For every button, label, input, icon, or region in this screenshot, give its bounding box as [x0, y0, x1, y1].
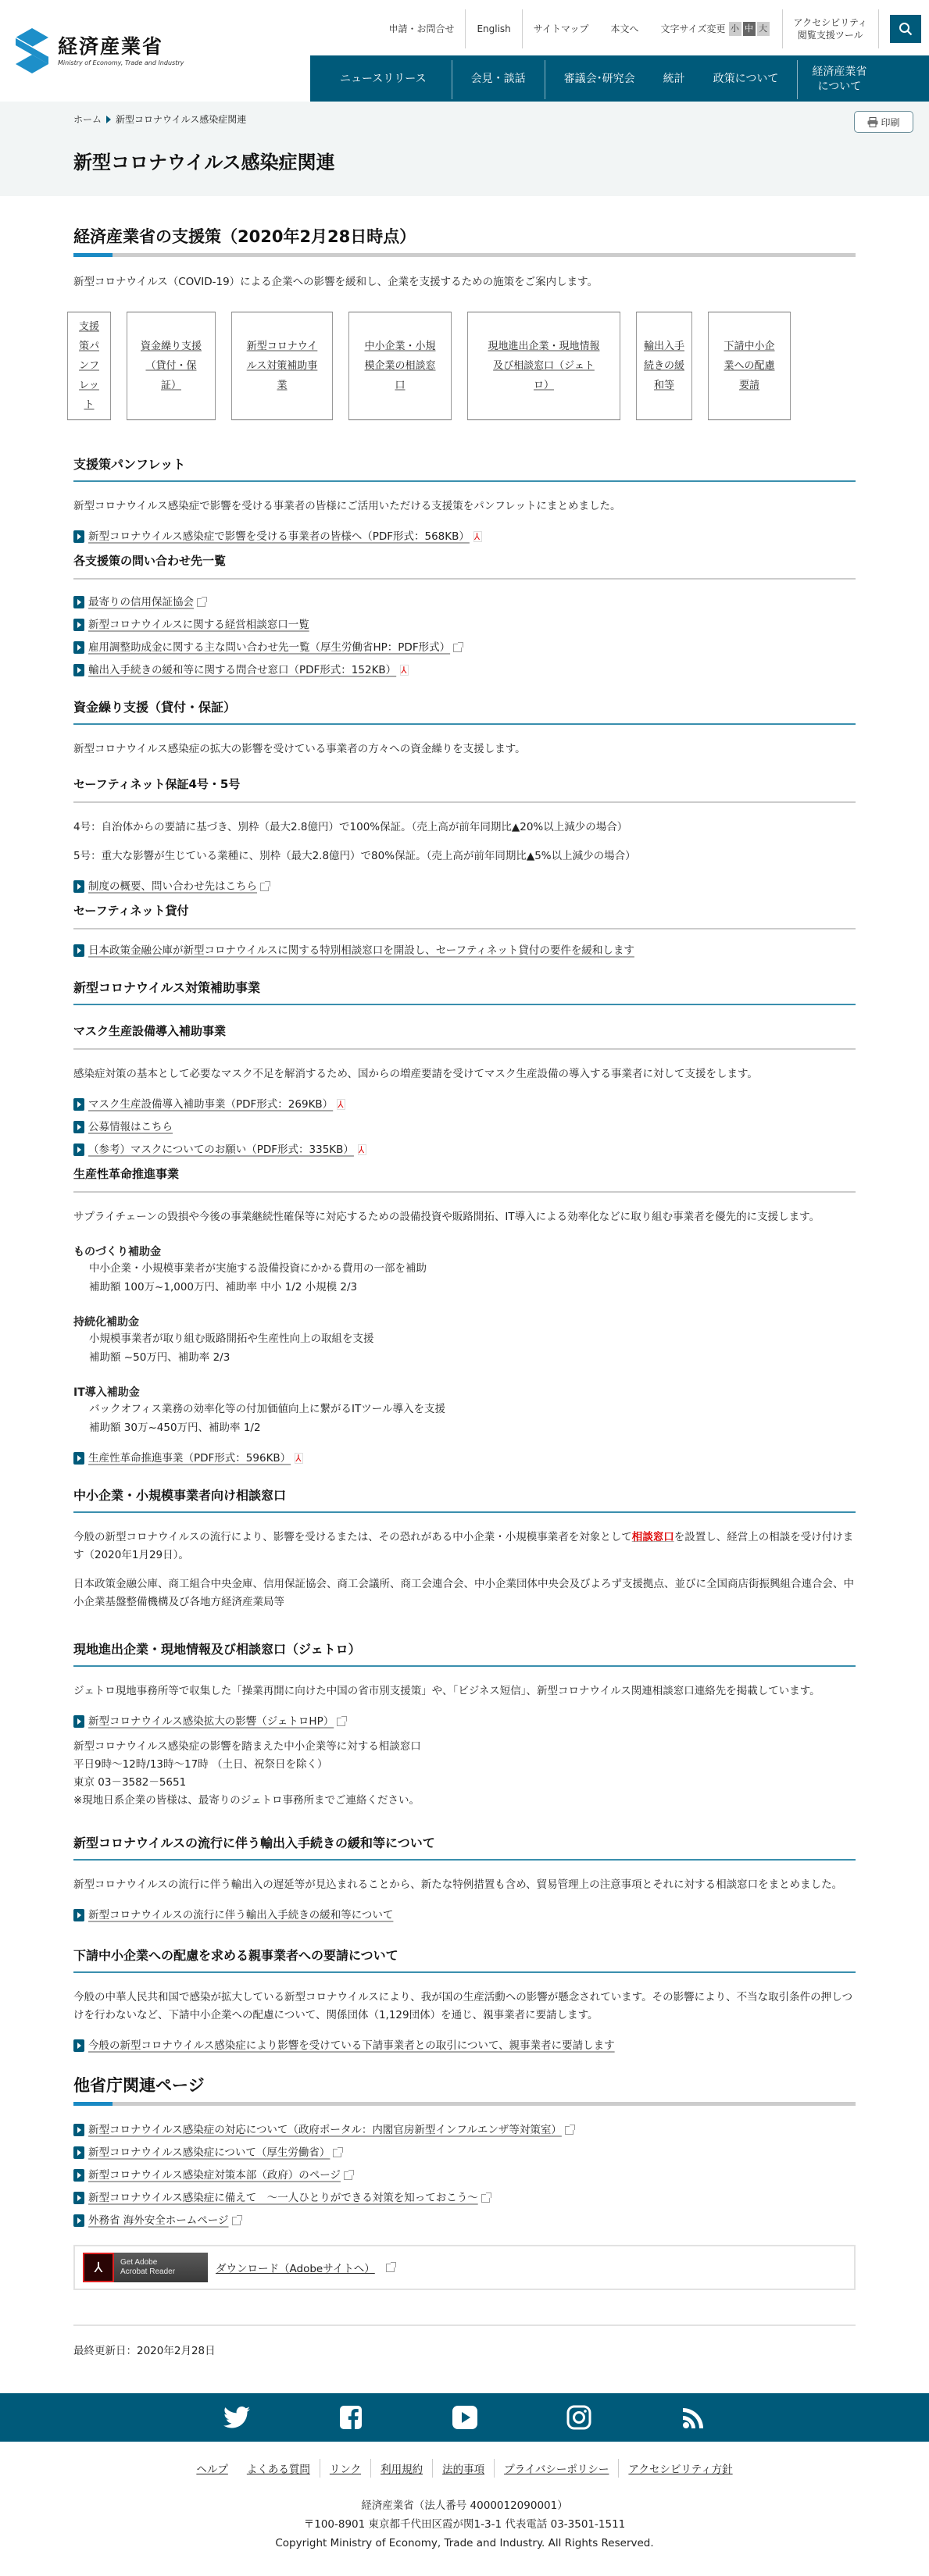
link-arrow-icon — [73, 641, 84, 654]
facebook-icon[interactable] — [337, 2403, 365, 2432]
acrobat-icon: ⅄ — [83, 2253, 114, 2282]
site-header: 経済産業省 Ministry of Economy, Trade and Ind… — [0, 0, 929, 102]
anchor-pamphlet[interactable]: 支援策パンフレット — [67, 312, 111, 420]
printer-icon — [867, 117, 878, 127]
program-desc: 中小企業・小規模事業者が実施する設備投資にかかる費用の一部を補助 — [73, 1259, 856, 1278]
jetro-heading: 現地進出企業・現地情報及び相談窓口（ジェトロ） — [73, 1639, 856, 1667]
subcontract-link[interactable]: 今般の新型コロナウイルス感染症により影響を受けている下請事業者との取引について、… — [88, 2039, 615, 2053]
accessibility-tool-link[interactable]: アクセシビリティ 閲覧支援ツール — [783, 9, 878, 48]
footer-link-accessibility[interactable]: アクセシビリティ方針 — [619, 2460, 741, 2476]
nav-about-line2: について — [817, 80, 861, 95]
contact-link-trade-window[interactable]: 輸出入手続きの緩和等に関する問合せ窓口（PDF形式：152KB） — [88, 663, 396, 677]
external-link-icon — [481, 2194, 490, 2203]
breadcrumb-current: 新型コロナウイルス感染症関連 — [116, 112, 246, 126]
font-size-medium-button[interactable]: 中 — [743, 22, 756, 36]
footer-address: 〒100-8901 東京都千代田区霞が関1-3-1 代表電話 03-3501-1… — [0, 2515, 929, 2534]
nav-policy[interactable]: 政策について — [695, 55, 798, 103]
link-arrow-icon — [73, 1098, 84, 1111]
link-arrow-icon — [73, 944, 84, 957]
nav-statistics[interactable]: 統計 — [654, 55, 695, 103]
util-skip-to-content-link[interactable]: 本文へ — [599, 9, 649, 48]
ministry-link-mofa[interactable]: 外務省 海外安全ホームページ — [88, 2214, 229, 2228]
breadcrumb: ホーム 新型コロナウイルス感染症関連 — [73, 112, 246, 126]
list-item: 雇用調整助成金に関する主な問い合わせ先一覧（厚生労働省HP：PDF形式） — [73, 640, 856, 655]
guarantee-overview-link[interactable]: 制度の概要、問い合わせ先はこちら — [88, 879, 257, 894]
contact-link-employment-subsidy[interactable]: 雇用調整助成金に関する主な問い合わせ先一覧（厚生労働省HP：PDF形式） — [88, 640, 450, 655]
subcontract-heading: 下請中小企業への配慮を求める親事業者への要請について — [73, 1946, 856, 1973]
guarantee-no5-text: 5号：重大な影響が生じている業種に、別枠（最大2.8億円）で80%保証。（売上高… — [73, 847, 856, 865]
nav-about-line1: 経済産業省 — [812, 65, 866, 80]
pamphlet-pdf-link[interactable]: 新型コロナウイルス感染症で影響を受ける事業者の皆様へ（PDF形式：568KB） — [88, 530, 470, 544]
search-button[interactable] — [890, 15, 921, 43]
list-item: 外務省 海外安全ホームページ — [73, 2214, 856, 2228]
list-item: マスク生産設備導入補助事業（PDF形式：269KB） — [73, 1097, 856, 1111]
list-item: 新型コロナウイルス感染症の対応について（政府ポータル：内閣官房新型インフルエンザ… — [73, 2123, 856, 2137]
anchor-trade[interactable]: 輸出入手続きの緩和等 — [636, 312, 692, 420]
footer-org: 経済産業省（法人番号 4000012090001） — [0, 2496, 929, 2515]
contact-link-credit-guarantee[interactable]: 最寄りの信用保証協会 — [88, 595, 194, 609]
list-item: 制度の概要、問い合わせ先はこちら — [73, 879, 856, 894]
consult-window-link[interactable]: 相談窓口 — [632, 1531, 674, 1543]
pamphlet-text: 新型コロナウイルス感染症で影響を受ける事業者の皆様にご活用いただける支援策をパン… — [73, 498, 856, 516]
breadcrumb-home-link[interactable]: ホーム — [73, 112, 102, 126]
jetro-text: ジェトロ現地事務所等で収集した「操業再開に向けた中国の省市別支援策」や、「ビジネ… — [73, 1682, 856, 1700]
acrobat-download-link[interactable]: ダウンロード（Adobeサイトへ） — [216, 2260, 375, 2275]
jetro-hours-text: 平日9時～12時/13時～17時 （土日、祝祭日を除く） — [73, 1756, 856, 1774]
global-nav: ニュースリリース 会見・談話 審議会･研究会 統計 政策について 経済産業省 に… — [310, 55, 929, 103]
program-name: ものづくり補助金 — [73, 1243, 856, 1259]
external-link-icon — [260, 883, 269, 891]
link-arrow-icon — [73, 2124, 84, 2136]
page-title: 新型コロナウイルス感染症関連 — [73, 147, 335, 174]
last-updated: 最終更新日：2020年2月28日 — [73, 2324, 856, 2357]
consult-text: 今般の新型コロナウイルスの流行により、影響を受けるまたは、その恐れがある中小企業… — [73, 1529, 856, 1565]
program-desc: 小規模事業者が取り組む販路開拓や生産性向上の取組を支援 — [73, 1329, 856, 1348]
util-contact-link[interactable]: 申請・お問合せ — [377, 9, 465, 48]
list-item: 今般の新型コロナウイルス感染症により影響を受けている下請事業者との取引について、… — [73, 2039, 856, 2053]
footer-link-links[interactable]: リンク — [320, 2460, 370, 2476]
font-size-large-button[interactable]: 大 — [757, 22, 770, 36]
footer-nav: ヘルプ よくある質問 リンク 利用規約 法的事項 プライバシーポリシー アクセシ… — [0, 2459, 929, 2478]
page-title-band: ホーム 新型コロナウイルス感染症関連 印刷 新型コロナウイルス感染症関連 — [0, 102, 929, 196]
meti-logo-icon — [14, 27, 50, 75]
font-size-switcher: 文字サイズ変更 小 中 大 — [650, 9, 782, 48]
trade-text: 新型コロナウイルスの流行に伴う輸出入の遅延等が見込まれることから、新たな特例措置… — [73, 1876, 856, 1894]
safety-loan-heading: セーフティネット貸付 — [73, 902, 856, 929]
breadcrumb-arrow-icon — [106, 116, 111, 123]
pamphlet-heading: 支援策パンフレット — [73, 455, 856, 482]
anchor-sme-consult[interactable]: 中小企業・小規模企業の相談窓口 — [348, 312, 452, 420]
pdf-icon — [337, 1099, 345, 1110]
nav-councils[interactable]: 審議会･研究会 — [545, 55, 654, 103]
twitter-icon[interactable] — [223, 2403, 251, 2432]
external-link-icon — [337, 1718, 345, 1726]
external-link-icon — [565, 2126, 573, 2135]
ministry-link-hq[interactable]: 新型コロナウイルス感染症対策本部（政府）のページ — [88, 2168, 341, 2182]
trade-link[interactable]: 新型コロナウイルスの流行に伴う輸出入手続きの緩和等について — [88, 1908, 393, 1922]
link-arrow-icon — [73, 2192, 84, 2204]
footer-link-terms[interactable]: 利用規約 — [371, 2460, 432, 2476]
footer-link-help[interactable]: ヘルプ — [187, 2460, 238, 2476]
get-acrobat-badge[interactable]: ⅄ Get Adobe Acrobat Reader — [83, 2253, 208, 2282]
support-measures-heading: 経済産業省の支援策（2020年2月28日時点） — [73, 224, 856, 257]
program-desc: バックオフィス業務の効率化等の付加価値向上に繋がるITツール導入を支援 — [73, 1400, 856, 1418]
contact-link-consult-list[interactable]: 新型コロナウイルスに関する経営相談窓口一覧 — [88, 618, 309, 632]
mask-text: 感染症対策の基本として必要なマスク不足を解消するため、国からの増産要請を受けてマ… — [73, 1065, 856, 1083]
anchor-funding[interactable]: 資金繰り支援（貸付・保証） — [127, 312, 216, 420]
link-arrow-icon — [73, 2169, 84, 2182]
ministry-link-mhlw[interactable]: 新型コロナウイルス感染症について（厚生労働省） — [88, 2146, 330, 2160]
pdf-icon — [473, 531, 482, 542]
mask-heading: マスク生産設備導入補助事業 — [73, 1022, 856, 1050]
external-link-icon — [344, 2171, 352, 2180]
list-item: 新型コロナウイルス感染症で影響を受ける事業者の皆様へ（PDF形式：568KB） — [73, 530, 856, 544]
sns-bar — [0, 2393, 929, 2442]
footer-info: 経済産業省（法人番号 4000012090001） 〒100-8901 東京都千… — [0, 2496, 929, 2576]
site-footer: ヘルプ よくある質問 リンク 利用規約 法的事項 プライバシーポリシー アクセシ… — [0, 2393, 929, 2576]
external-link-icon — [197, 598, 205, 607]
ministry-link-cabinet[interactable]: 新型コロナウイルス感染症の対応について（政府ポータル：内閣官房新型インフルエンザ… — [88, 2123, 562, 2137]
contacts-heading: 各支援策の問い合わせ先一覧 — [73, 552, 856, 580]
jetro-desk-text: 新型コロナウイルス感染症の影響を踏まえた中小企業等に対する相談窓口 — [73, 1738, 856, 1756]
list-item: 新型コロナウイルス感染拡大の影響（ジェトロHP） — [73, 1714, 856, 1729]
pdf-icon — [358, 1144, 366, 1155]
mask-subsidy-pdf-link[interactable]: マスク生産設備導入補助事業（PDF形式：269KB） — [88, 1097, 333, 1111]
list-item: 新型コロナウイルス感染症に備えて ～一人ひとりができる対策を知っておこう～ — [73, 2191, 856, 2205]
link-arrow-icon — [73, 664, 84, 676]
divider — [878, 9, 879, 48]
sme-consult-heading: 中小企業・小規模事業者向け相談窓口 — [73, 1486, 856, 1513]
list-item: 新型コロナウイルスに関する経営相談窓口一覧 — [73, 618, 856, 632]
consult-orgs-text: 日本政策金融公庫、商工組合中央金庫、信用保証協会、商工会議所、商工会連合会、中小… — [73, 1575, 856, 1611]
productivity-heading: 生産性革命推進事業 — [73, 1165, 856, 1193]
trade-heading: 新型コロナウイルスの流行に伴う輸出入手続きの緩和等について — [73, 1833, 856, 1861]
funding-text: 新型コロナウイルス感染症の拡大の影響を受けている事業者の方々への資金繰りを支援し… — [73, 740, 856, 758]
nav-news-release[interactable]: ニュースリリース — [310, 55, 452, 103]
pdf-icon — [295, 1453, 303, 1464]
jetro-phone-text: 東京 03－3582－5651 — [73, 1774, 856, 1792]
program-amount: 補助額 30万~450万円、補助率 1/2 — [73, 1418, 856, 1437]
footer-link-privacy[interactable]: プライバシーポリシー — [495, 2460, 618, 2476]
util-sitemap-link[interactable]: サイトマップ — [523, 9, 600, 48]
link-arrow-icon — [73, 2146, 84, 2159]
subsidy-heading: 新型コロナウイルス対策補助事業 — [73, 978, 856, 1005]
main-content: 経済産業省の支援策（2020年2月28日時点） 新型コロナウイルス（COVID-… — [0, 224, 929, 2357]
program-name: 持続化補助金 — [73, 1314, 856, 1329]
program-name: IT導入補助金 — [73, 1384, 856, 1400]
utility-bar: 申請・お問合せ English サイトマップ 本文へ 文字サイズ変更 小 中 大… — [377, 8, 929, 50]
anchor-jetro[interactable]: 現地進出企業・現地情報及び相談窓口（ジェトロ） — [467, 312, 620, 420]
pdf-icon — [400, 665, 409, 676]
instagram-icon[interactable] — [565, 2403, 593, 2432]
link-arrow-icon — [73, 1121, 84, 1133]
link-arrow-icon — [73, 1452, 84, 1465]
program-amount: 補助額 ~50万円、補助率 2/3 — [73, 1348, 856, 1367]
font-size-small-button[interactable]: 小 — [729, 22, 741, 36]
productivity-pdf-link[interactable]: 生産性革命推進事業（PDF形式：596KB） — [88, 1451, 291, 1465]
logo-japanese: 経済産業省 — [58, 36, 184, 58]
list-item: 輸出入手続きの緩和等に関する問合せ窓口（PDF形式：152KB） — [73, 663, 856, 677]
accessibility-label-line1: アクセシビリティ — [794, 16, 867, 29]
acrobat-reader-box: ⅄ Get Adobe Acrobat Reader ダウンロード（Adobeサ… — [73, 2245, 856, 2290]
list-item: 生産性革命推進事業（PDF形式：596KB） — [73, 1451, 856, 1465]
site-logo[interactable]: 経済産業省 Ministry of Economy, Trade and Ind… — [14, 27, 184, 75]
link-arrow-icon — [73, 530, 84, 543]
other-ministries-heading: 他省庁関連ページ — [73, 2073, 856, 2106]
anchor-subsidy[interactable]: 新型コロナウイルス対策補助事業 — [231, 312, 333, 420]
nav-press-conference[interactable]: 会見・談話 — [452, 55, 545, 103]
jetro-note-text: ※現地日系企業の皆様は、最寄りのジェトロ事務所までご連絡ください。 — [73, 1792, 856, 1810]
link-arrow-icon — [73, 619, 84, 631]
safety-guarantee-heading: セーフティネット保証4号・5号 — [73, 776, 856, 803]
logo-english: Ministry of Economy, Trade and Industry — [58, 59, 184, 66]
badge-line2: Acrobat Reader — [120, 2267, 175, 2277]
rss-icon[interactable] — [679, 2403, 707, 2432]
external-link-icon — [232, 2217, 241, 2225]
link-arrow-icon — [73, 1715, 84, 1728]
safety-loan-link[interactable]: 日本政策金融公庫が新型コロナウイルスに関する特別相談窓口を開設し、セーフティネッ… — [88, 944, 634, 958]
funding-heading: 資金繰り支援（貸付・保証） — [73, 698, 856, 725]
link-arrow-icon — [73, 880, 84, 893]
list-item: （参考）マスクについてのお願い（PDF形式：335KB） — [73, 1143, 856, 1157]
guarantee-no4-text: 4号：自治体からの要請に基づき、別枠（最大2.8億円）で100%保証。（売上高が… — [73, 819, 856, 837]
anchor-subcontract[interactable]: 下請中小企業への配慮要請 — [708, 312, 791, 420]
productivity-text: サプライチェーンの毀損や今後の事業継続性確保等に対応するための設備投資や販路開拓… — [73, 1208, 856, 1226]
external-link-icon — [333, 2149, 341, 2157]
link-arrow-icon — [73, 1909, 84, 1921]
program-amount: 補助額 100万~1,000万円、補助率 中小 1/2 小規模 2/3 — [73, 1278, 856, 1297]
list-item: 新型コロナウイルス感染症について（厚生労働省） — [73, 2146, 856, 2160]
font-size-label: 文字サイズ変更 — [661, 23, 726, 35]
accessibility-label-line2: 閲覧支援ツール — [798, 29, 863, 41]
footer-link-legal[interactable]: 法的事項 — [433, 2460, 494, 2476]
mask-recruitment-link[interactable]: 公募情報はこちら — [88, 1120, 173, 1134]
subcontract-text: 今般の中華人民共和国で感染が拡大している新型コロナウイルスにより、我が国の生産活… — [73, 1989, 856, 2025]
intro-text: 新型コロナウイルス（COVID-19）による企業への影響を緩和し、企業を支援する… — [73, 273, 856, 288]
list-item: 新型コロナウイルスの流行に伴う輸出入手続きの緩和等について — [73, 1908, 856, 1922]
list-item: 新型コロナウイルス感染症対策本部（政府）のページ — [73, 2168, 856, 2182]
nav-about-meti[interactable]: 経済産業省 について — [798, 55, 881, 103]
badge-line1: Get Adobe — [120, 2258, 175, 2267]
link-arrow-icon — [73, 2214, 84, 2227]
search-icon — [899, 22, 913, 36]
util-english-link[interactable]: English — [466, 9, 521, 48]
list-item: 公募情報はこちら — [73, 1120, 856, 1134]
external-link-icon — [386, 2264, 395, 2272]
anchor-nav: 支援策パンフレット 資金繰り支援（貸付・保証） 新型コロナウイルス対策補助事業 … — [67, 312, 856, 420]
print-button[interactable]: 印刷 — [854, 111, 913, 133]
external-link-icon — [453, 644, 462, 652]
list-item: 最寄りの信用保証協会 — [73, 595, 856, 609]
link-arrow-icon — [73, 2039, 84, 2052]
mask-request-pdf-link[interactable]: （参考）マスクについてのお願い（PDF形式：335KB） — [88, 1143, 354, 1157]
youtube-icon[interactable] — [451, 2403, 479, 2432]
ministry-link-prepare[interactable]: 新型コロナウイルス感染症に備えて ～一人ひとりができる対策を知っておこう～ — [88, 2191, 478, 2205]
link-arrow-icon — [73, 1144, 84, 1156]
footer-link-faq[interactable]: よくある質問 — [238, 2460, 320, 2476]
print-label: 印刷 — [881, 116, 899, 129]
list-item: 日本政策金融公庫が新型コロナウイルスに関する特別相談窓口を開設し、セーフティネッ… — [73, 944, 856, 958]
footer-copyright: Copyright Ministry of Economy, Trade and… — [0, 2534, 929, 2553]
link-arrow-icon — [73, 596, 84, 608]
jetro-link[interactable]: 新型コロナウイルス感染拡大の影響（ジェトロHP） — [88, 1714, 334, 1729]
